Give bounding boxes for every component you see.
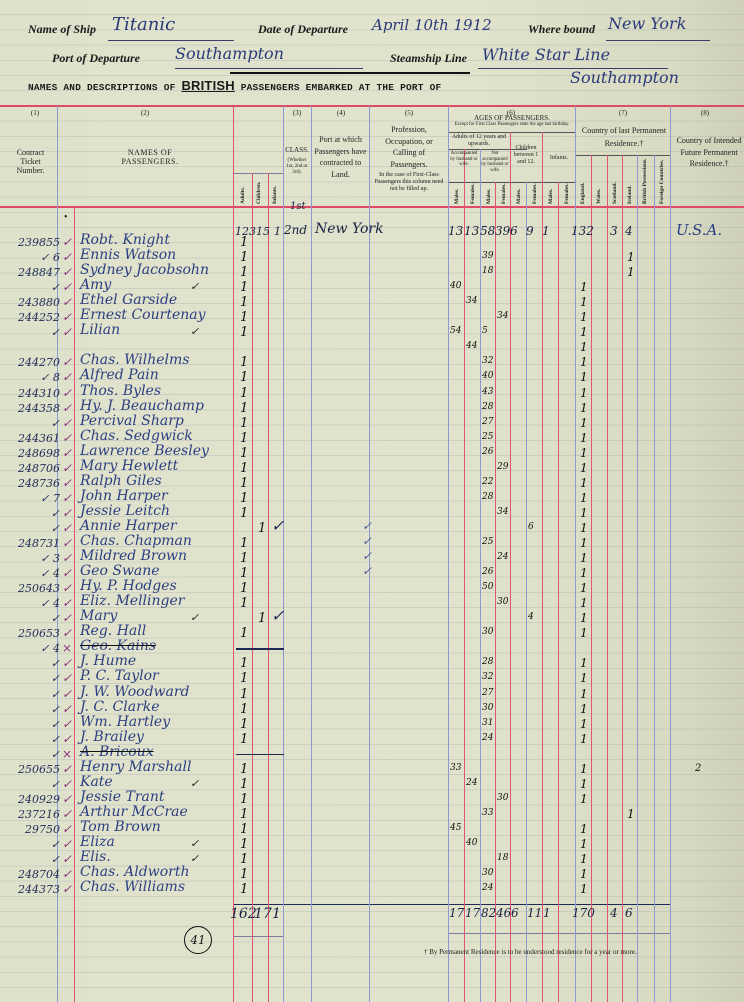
passenger-name: Mildred Brown xyxy=(80,548,187,564)
ticket-number: 250655 xyxy=(0,763,60,776)
residence-mark: 1 xyxy=(580,566,588,580)
check-mark: ✓ xyxy=(62,295,72,309)
col6-adults-header: Adults of 12 years and upwards. xyxy=(449,134,509,148)
adult-count: 1 xyxy=(240,416,248,431)
residence-mark: 1 xyxy=(580,310,588,324)
residence-header-2: Scotland. xyxy=(612,182,618,204)
residence-mark: 1 xyxy=(580,792,588,806)
check-mark: ✓ xyxy=(62,280,72,294)
residence-mark: 1 xyxy=(580,626,588,640)
residence-mark: 1 xyxy=(580,822,588,836)
strike-line xyxy=(236,754,284,756)
tick-mark: ✓ xyxy=(190,611,199,624)
residence-mark: 1 xyxy=(580,852,588,866)
residence-mark: 1 xyxy=(580,551,588,565)
ticket-number: 244358 xyxy=(0,402,60,415)
dot-mark: • xyxy=(64,212,68,223)
check-mark: × xyxy=(62,747,72,761)
passenger-name: Jessie Trant xyxy=(80,789,165,805)
check-mark: ✓ xyxy=(62,491,72,505)
age-value: 27 xyxy=(482,417,493,427)
residence-mark: 1 xyxy=(580,355,588,369)
passenger-name: Chas. Williams xyxy=(80,879,185,895)
check-mark: ✓ xyxy=(62,325,72,339)
adult-count: 1 xyxy=(240,551,248,566)
tick-mark: ✓ xyxy=(190,852,199,865)
ticket-number: 248698 xyxy=(0,447,60,460)
sex-header-7: Females. xyxy=(564,183,570,204)
adult-count: 1 xyxy=(240,295,248,310)
check-mark: ✓ xyxy=(62,476,72,490)
adult-count: 1 xyxy=(240,325,248,340)
passenger-name: Percival Sharp xyxy=(80,413,184,429)
total-age-2: 82 xyxy=(481,906,496,920)
adult-count: 1 xyxy=(240,762,248,777)
sex-header-2: Males. xyxy=(486,189,492,204)
summary-port: New York xyxy=(315,221,384,237)
col4-number: (4) xyxy=(326,109,356,117)
ticket-number: ✓ xyxy=(0,733,60,746)
adult-count: 1 xyxy=(240,702,248,717)
check-mark: ✓ xyxy=(62,626,72,640)
age-value: 27 xyxy=(482,688,493,698)
age-value: 25 xyxy=(482,432,493,442)
check-mark: ✓ xyxy=(62,265,72,279)
residence-mark: 1 xyxy=(580,370,588,384)
ticket-number: ✓ xyxy=(0,778,60,791)
adult-count: 1 xyxy=(240,807,248,822)
check-mark: ✓ xyxy=(62,867,72,881)
adult-count: 1 xyxy=(240,370,248,385)
ticket-number: ✓ 4 xyxy=(0,567,60,580)
age-value: 31 xyxy=(482,718,493,728)
total-age-5: 11 xyxy=(527,906,542,920)
passenger-name: John Harper xyxy=(80,488,168,504)
passenger-name: Geo. Kains xyxy=(80,638,156,654)
adult-count: 1 xyxy=(240,867,248,882)
check-mark: ✓ xyxy=(62,431,72,445)
strike-line xyxy=(236,648,284,650)
col1-header: Contract Ticket Number. xyxy=(8,148,53,176)
passenger-name: Kate xyxy=(80,774,113,790)
residence-mark: 1 xyxy=(580,717,588,731)
age-value: 25 xyxy=(482,537,493,547)
col4-header: Port at which Passengers have contracted… xyxy=(313,134,368,180)
residence-mark: 1 xyxy=(580,476,588,490)
passenger-name: Chas. Aldworth xyxy=(80,864,189,880)
col3-number: (3) xyxy=(283,109,311,117)
profession-mark: ✓ xyxy=(362,519,372,533)
bound-underline xyxy=(606,40,710,41)
passenger-name: P. C. Taylor xyxy=(80,668,159,684)
title-suffix: PASSENGERS EMBARKED AT THE PORT OF xyxy=(241,82,442,93)
ticket-number: ✓ xyxy=(0,522,60,535)
residence-header-4: British Possessions. xyxy=(642,158,648,204)
total-res-3: 6 xyxy=(625,906,633,920)
residence-header-3: Ireland. xyxy=(627,185,633,204)
residence-mark: 1 xyxy=(627,807,635,821)
title-british: BRITISH xyxy=(181,78,234,93)
passenger-name: Annie Harper xyxy=(80,518,177,534)
residence-header-1: Wales. xyxy=(596,189,602,204)
adult-count: 1 xyxy=(240,265,248,280)
passenger-name: J. W. Woodward xyxy=(80,684,190,700)
ticket-number: ✓ xyxy=(0,417,60,430)
residence-mark: 1 xyxy=(580,687,588,701)
ticket-number: ✓ xyxy=(0,281,60,294)
residence-mark: 1 xyxy=(580,521,588,535)
age-value: 40 xyxy=(466,838,477,848)
age-value: 30 xyxy=(482,703,493,713)
ticket-number: ✓ xyxy=(0,688,60,701)
residence-mark: 1 xyxy=(580,295,588,309)
sex-header-4: Males. xyxy=(516,189,522,204)
residence-mark: 1 xyxy=(580,671,588,685)
check-mark: ✓ xyxy=(62,717,72,731)
residence-mark: 1 xyxy=(627,265,635,279)
age-value: 45 xyxy=(450,823,461,833)
check-mark: ✓ xyxy=(62,566,72,580)
age-value: 43 xyxy=(482,387,493,397)
ticket-number: 243880 xyxy=(0,296,60,309)
line-value: White Star Line xyxy=(482,45,610,64)
check-mark: ✓ xyxy=(62,702,72,716)
ticket-number: ✓ xyxy=(0,838,60,851)
age-value: 24 xyxy=(482,883,493,893)
adult-count: 1 xyxy=(240,581,248,596)
ticket-number: ✓ xyxy=(0,718,60,731)
ship-label: Name of Ship xyxy=(28,22,96,37)
residence-mark: 1 xyxy=(580,867,588,881)
profession-mark: ✓ xyxy=(362,549,372,563)
check-mark: ✓ xyxy=(62,581,72,595)
sex-header-6: Males. xyxy=(548,189,554,204)
age-value: 34 xyxy=(497,507,508,517)
child-count: 1 xyxy=(258,611,266,626)
ticket-number: ✓ 7 xyxy=(0,492,60,505)
check-mark: ✓ xyxy=(62,416,72,430)
adult-count: 1 xyxy=(240,310,248,325)
age-value: 54 xyxy=(450,326,461,336)
ticket-number: 248704 xyxy=(0,868,60,881)
adult-count: 1 xyxy=(240,822,248,837)
sex-header-5: Females. xyxy=(532,183,538,204)
ticket-number: ✓ xyxy=(0,612,60,625)
tick-mark: ✓ xyxy=(190,837,199,850)
residence-mark: 1 xyxy=(580,702,588,716)
passenger-name: Ethel Garside xyxy=(80,292,177,308)
residence-mark: 1 xyxy=(580,536,588,550)
check-mark: ✓ xyxy=(62,370,72,384)
age-value: 5 xyxy=(482,326,488,336)
ticket-number: 250643 xyxy=(0,582,60,595)
ticket-number: ✓ xyxy=(0,703,60,716)
col1-number: (1) xyxy=(20,109,50,117)
residence-mark: 1 xyxy=(580,325,588,339)
check-mark: ✓ xyxy=(62,250,72,264)
ticket-number: 244270 xyxy=(0,356,60,369)
residence-mark: 1 xyxy=(580,611,588,625)
table-row: 244373✓Chas. Williams1241 xyxy=(0,883,744,903)
col7-number: (7) xyxy=(608,109,638,117)
residence-mark: 1 xyxy=(580,461,588,475)
ticket-number: ✓ xyxy=(0,507,60,520)
check-mark: ✓ xyxy=(62,852,72,866)
check-mark: ✓ xyxy=(62,536,72,550)
total-age-6: 1 xyxy=(543,906,551,920)
passenger-name: Hy. P. Hodges xyxy=(80,578,177,594)
col2-children-header: Children. xyxy=(256,182,262,204)
check-mark: ✓ xyxy=(62,822,72,836)
class-sub-rule xyxy=(233,173,283,174)
check-mark: × xyxy=(62,641,72,655)
adult-count: 1 xyxy=(240,837,248,852)
profession-mark: ✓ xyxy=(362,534,372,548)
ship-value: Titanic xyxy=(112,14,175,35)
passenger-name: Alfred Pain xyxy=(80,367,159,383)
col6-header: AGES OF PASSENGERS. xyxy=(450,114,574,122)
totals-sub-rule-left xyxy=(233,936,283,937)
check-mark: ✓ xyxy=(62,506,72,520)
bound-label: Where bound xyxy=(528,22,595,37)
age-value: 26 xyxy=(482,567,493,577)
col6-accompanied-header: Accompanied by husband or wife. xyxy=(449,151,479,168)
summary-class: 2nd xyxy=(284,223,307,237)
age-value: 28 xyxy=(482,492,493,502)
col3-subheader: (Whether 1st, 2nd or 3rd). xyxy=(284,158,310,175)
header-bottom-rule xyxy=(0,206,744,208)
age-value: 40 xyxy=(482,371,493,381)
passenger-name: Lawrence Beesley xyxy=(80,443,209,459)
age-value: 30 xyxy=(497,793,508,803)
adult-count: 1 xyxy=(240,446,248,461)
port-label: Port of Departure xyxy=(52,51,140,66)
check-mark: ✓ xyxy=(62,235,72,249)
check-mark: ✓ xyxy=(62,355,72,369)
page-number: 41 xyxy=(184,926,212,954)
check-mark: ✓ xyxy=(62,521,72,535)
residence-mark: 1 xyxy=(580,837,588,851)
passenger-name: Lilian xyxy=(80,322,120,338)
adult-count: 1 xyxy=(240,566,248,581)
residence-mark: 1 xyxy=(580,506,588,520)
adult-count: 1 xyxy=(240,461,248,476)
passenger-name: Arthur McCrae xyxy=(80,804,188,820)
total-res-0: 170 xyxy=(572,906,595,920)
footnote: † By Permanent Residence is to be unders… xyxy=(424,948,637,956)
adult-count: 1 xyxy=(240,235,248,250)
adult-count: 1 xyxy=(240,792,248,807)
adult-count: 1 xyxy=(240,280,248,295)
col6-not-accompanied-header: Not accompanied by husband or wife. xyxy=(480,151,510,173)
col8-number: (8) xyxy=(690,109,720,117)
age-value: 22 xyxy=(482,477,493,487)
passenger-name: Amy xyxy=(80,277,111,293)
check-mark: ✓ xyxy=(62,807,72,821)
class-annotation: 1st xyxy=(290,201,306,212)
ticket-number: 237216 xyxy=(0,808,60,821)
col3-header: CLASS. xyxy=(283,146,311,154)
total-children: 17 xyxy=(254,906,272,922)
passenger-name: Elis. xyxy=(80,849,111,865)
passenger-name: Henry Marshall xyxy=(80,759,191,775)
ticket-number: 248706 xyxy=(0,462,60,475)
passenger-name: J. C. Clarke xyxy=(80,699,160,715)
age-value: 24 xyxy=(497,552,508,562)
date-value: April 10th 1912 xyxy=(372,16,492,34)
col7-header: Country of last Permanent Residence.† xyxy=(580,125,668,151)
ship-underline xyxy=(108,40,234,41)
residence-mark: 1 xyxy=(580,777,588,791)
tick-mark: ✓ xyxy=(190,777,199,790)
child-count: 1 xyxy=(258,521,266,536)
col6-children-header: Children between 1 and 12. xyxy=(511,145,541,166)
age-value: 30 xyxy=(482,868,493,878)
ticket-number: 244361 xyxy=(0,432,60,445)
ticket-number: 244373 xyxy=(0,883,60,896)
class-mark: ✓ xyxy=(271,606,284,625)
adult-count: 1 xyxy=(240,386,248,401)
adult-count: 1 xyxy=(240,732,248,747)
bound-value: New York xyxy=(608,14,686,33)
residence-header-0: England. xyxy=(580,183,586,204)
passenger-name: Hy. J. Beauchamp xyxy=(80,398,204,414)
residence-mark: 1 xyxy=(580,340,588,354)
total-age-1: 17 xyxy=(465,906,480,920)
age-value: 50 xyxy=(482,582,493,592)
age-value: 18 xyxy=(482,266,493,276)
check-mark: ✓ xyxy=(62,461,72,475)
residence-mark: 1 xyxy=(580,416,588,430)
check-mark: ✓ xyxy=(62,687,72,701)
col2-adults-header: Adults. xyxy=(240,187,246,204)
total-age-3: 46 xyxy=(496,906,511,920)
age-value: 30 xyxy=(497,597,508,607)
adult-count: 1 xyxy=(240,401,248,416)
age-value: 4 xyxy=(528,612,534,622)
residence-mark: 1 xyxy=(580,762,588,776)
residence-mark: 1 xyxy=(580,656,588,670)
residence-mark: 1 xyxy=(580,596,588,610)
residence-mark: 1 xyxy=(580,882,588,896)
adult-count: 1 xyxy=(240,656,248,671)
passenger-name: Mary Hewlett xyxy=(80,458,178,474)
age-value: 28 xyxy=(482,402,493,412)
passenger-name: Ennis Watson xyxy=(80,247,176,263)
passenger-name: Chas. Sedgwick xyxy=(80,428,193,444)
sex-header-3: Females. xyxy=(501,183,507,204)
check-mark: ✓ xyxy=(62,611,72,625)
residence-mark: 1 xyxy=(580,732,588,746)
age-value: 39 xyxy=(482,251,493,261)
residence-mark: 1 xyxy=(627,250,635,264)
ticket-number: ✓ 4 xyxy=(0,642,60,655)
residence-mark: 1 xyxy=(580,431,588,445)
ticket-number: 244310 xyxy=(0,387,60,400)
check-mark: ✓ xyxy=(62,386,72,400)
age-value: 33 xyxy=(450,763,461,773)
adult-count: 1 xyxy=(240,491,248,506)
check-mark: ✓ xyxy=(62,671,72,685)
age-value: 32 xyxy=(482,672,493,682)
check-mark: ✓ xyxy=(62,762,72,776)
adult-count: 1 xyxy=(240,355,248,370)
passenger-name: Thos. Byles xyxy=(80,383,161,399)
ticket-number: 240929 xyxy=(0,793,60,806)
check-mark: ✓ xyxy=(62,837,72,851)
totals-rule xyxy=(233,904,671,905)
ticket-number: 250653 xyxy=(0,627,60,640)
title-prefix: NAMES AND DESCRIPTIONS OF xyxy=(28,82,176,93)
check-mark: ✓ xyxy=(62,596,72,610)
ticket-number: ✓ 6 xyxy=(0,251,60,264)
ticket-number: 244252 xyxy=(0,311,60,324)
residence-mark: 1 xyxy=(580,280,588,294)
age-value: 33 xyxy=(482,808,493,818)
col6-infants-header: Infants. xyxy=(543,155,575,162)
ticket-number: 248736 xyxy=(0,477,60,490)
ticket-number: ✓ xyxy=(0,853,60,866)
passenger-name: Ernest Courtenay xyxy=(80,307,206,323)
col6-subheader: Except for First Class Passengers state … xyxy=(450,122,574,128)
passenger-name: Chas. Chapman xyxy=(80,533,192,549)
residence-mark: 1 xyxy=(580,446,588,460)
age-value: 26 xyxy=(482,447,493,457)
passenger-name: Wm. Hartley xyxy=(80,714,170,730)
check-mark: ✓ xyxy=(62,446,72,460)
residence-mark: 1 xyxy=(580,401,588,415)
adult-count: 1 xyxy=(240,852,248,867)
check-mark: ✓ xyxy=(62,401,72,415)
age-value: 34 xyxy=(497,311,508,321)
ticket-number: 239855 xyxy=(0,236,60,249)
col5-header: Profession, Occupation, or Calling of Pa… xyxy=(374,124,444,170)
sex-header-1: Females. xyxy=(470,183,476,204)
ticket-number: ✓ xyxy=(0,326,60,339)
page-title: NAMES AND DESCRIPTIONS OF BRITISH PASSEN… xyxy=(28,78,441,93)
sex-header-0: Males. xyxy=(454,189,460,204)
top-rule xyxy=(0,105,744,107)
age-value: 40 xyxy=(450,281,461,291)
passenger-name: Eliz. Mellinger xyxy=(80,593,184,609)
age-value: 29 xyxy=(497,462,508,472)
adult-count: 1 xyxy=(240,431,248,446)
passenger-name: J. Brailey xyxy=(80,729,144,745)
profession-mark: ✓ xyxy=(362,564,372,578)
check-mark: ✓ xyxy=(62,792,72,806)
passenger-name: Tom Brown xyxy=(80,819,161,835)
residence-mark: 1 xyxy=(580,581,588,595)
ticket-number: ✓ 3 xyxy=(0,552,60,565)
col5-number: (5) xyxy=(394,109,424,117)
age-value: 24 xyxy=(466,778,477,788)
ticket-number: 29750 xyxy=(0,823,60,836)
line-label: Steamship Line xyxy=(390,51,467,66)
ticket-number: ✓ xyxy=(0,657,60,670)
port-underline xyxy=(175,68,363,69)
ages-sub-rule xyxy=(448,132,575,133)
ticket-number: ✓ 8 xyxy=(0,371,60,384)
age-value: 32 xyxy=(482,356,493,366)
passenger-name: Geo Swane xyxy=(80,563,160,579)
class-mark: ✓ xyxy=(271,516,284,535)
age-value: 28 xyxy=(482,657,493,667)
passenger-name: Chas. Wilhelms xyxy=(80,352,190,368)
passenger-name: Ralph Giles xyxy=(80,473,162,489)
tick-mark: ✓ xyxy=(190,280,199,293)
total-age-0: 17 xyxy=(449,906,464,920)
total-age-4: 6 xyxy=(511,906,519,920)
